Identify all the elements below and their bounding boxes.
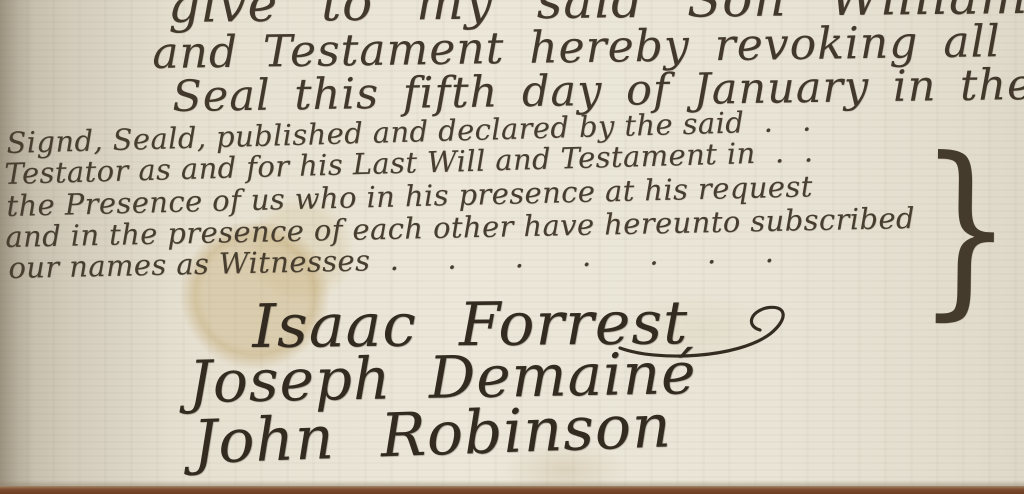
attestation-brace: } [917, 118, 1014, 339]
document-photo: give to my said Son William and Testamen… [0, 0, 1024, 494]
table-edge [0, 486, 1024, 494]
